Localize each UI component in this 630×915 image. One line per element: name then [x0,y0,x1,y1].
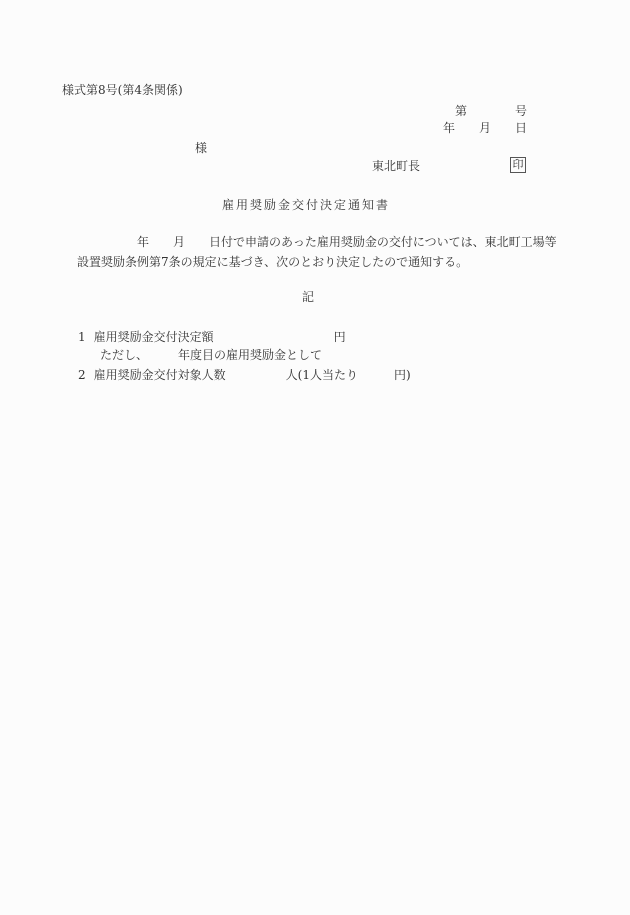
notice-document-page: 様式第8号(第4条関係) 第 号 年 月 日 様 東北町長 印 雇用奨励金交付決… [0,0,630,915]
issue-date-line: 年 月 日 [443,122,527,136]
list-item-1-note: ただし、 年度目の雇用奨励金として [100,349,322,363]
list-item-1-text: 雇用奨励金交付決定額 円 [94,330,346,344]
body-line-1: 年 月 日付で申請のあった雇用奨励金の交付については、東北町工場等 [77,236,557,250]
seal-mark: 印 [510,157,526,173]
issuer-title: 東北町長 [372,160,420,174]
form-number: 様式第8号(第4条関係) [62,84,183,98]
list-item-1: 1雇用奨励金交付決定額 円 [78,331,346,345]
body-line-2: 設置奨励条例第7条の規定に基づき、次のとおり決定したので通知する。 [77,256,468,270]
list-item-1-number: 1 [78,330,86,344]
list-item-2-text: 雇用奨励金交付対象人数 人(1人当たり 円) [94,368,411,382]
list-item-2-number: 2 [78,368,86,382]
list-heading: 記 [0,291,616,305]
issue-number-line: 第 号 [455,105,527,119]
list-item-2: 2雇用奨励金交付対象人数 人(1人当たり 円) [78,369,411,383]
document-title: 雇用奨励金交付決定通知書 [0,199,612,213]
addressee-honorific: 様 [195,142,207,156]
